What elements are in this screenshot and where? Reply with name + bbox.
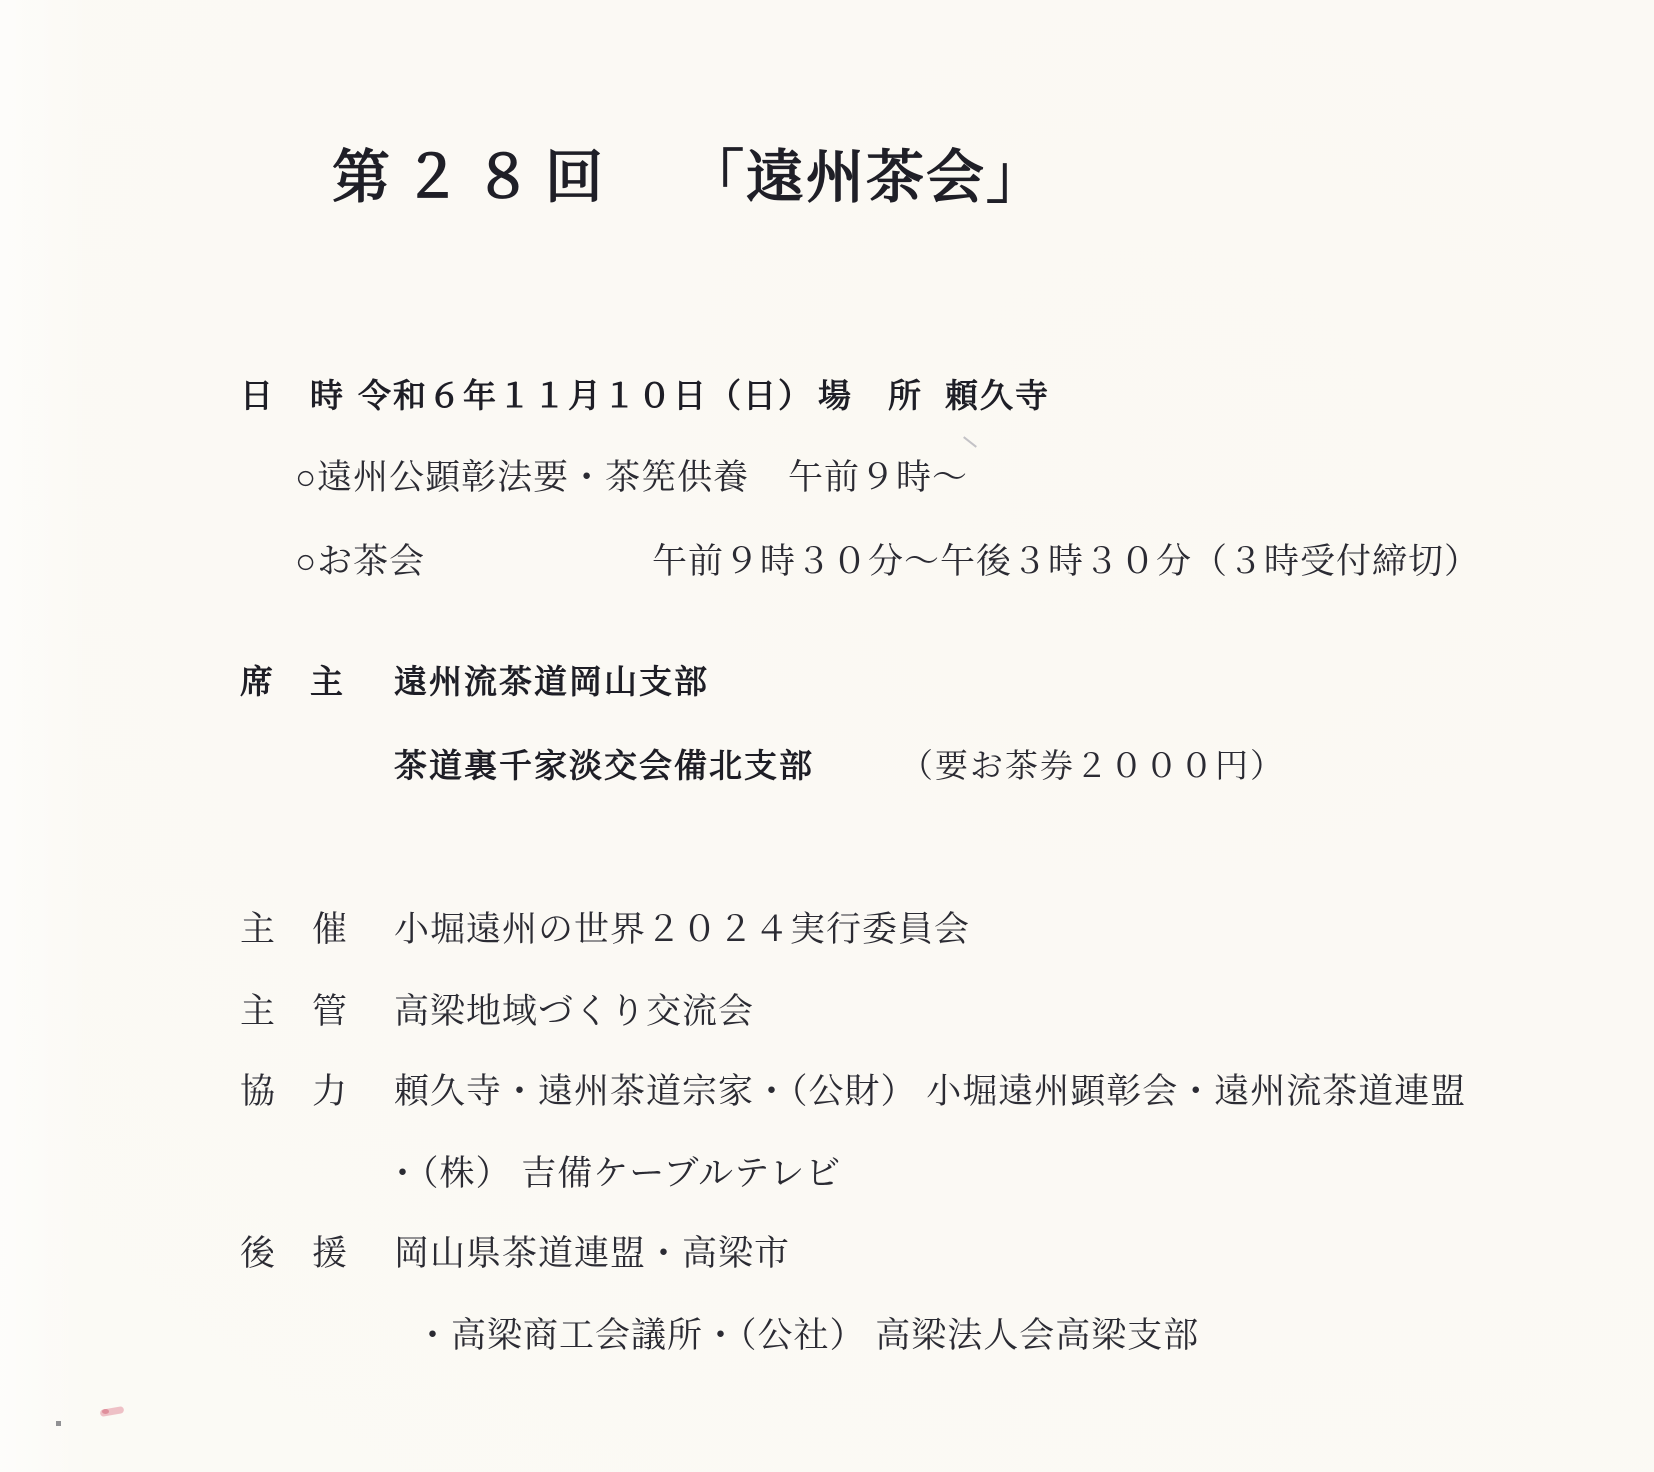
supervisor-value: 高梁地域づくり交流会 — [394, 984, 754, 1034]
title-event-name: 「遠州茶会」 — [686, 130, 1046, 214]
support-value-continued: ・高梁商工会議所・（公社） 高梁法人会高梁支部 — [415, 1308, 1199, 1358]
cooperation-value-continued: ・（株） 吉備ケーブルテレビ — [385, 1146, 841, 1196]
place-label: 場 所 — [818, 370, 923, 417]
page-title: 第２８回 「遠州茶会」 — [0, 130, 1654, 210]
organizer-value: 小堀遠州の世界２０２４実行委員会 — [394, 902, 970, 952]
scanned-flyer-page: 第２８回 「遠州茶会」 日 時 令和６年１１月１０日（日） 場 所 頼久寺 ○遠… — [0, 0, 1654, 1472]
host-name-2: 茶道裏千家淡交会備北支部 — [394, 740, 814, 787]
support-value: 岡山県茶道連盟・高梁市 — [394, 1226, 790, 1276]
scan-pink-dot — [102, 1409, 109, 1414]
supervisor-label: 主 管 — [240, 984, 348, 1034]
event-memorial-time: 午前９時～ — [788, 450, 968, 500]
scan-pink-smear — [100, 1406, 125, 1417]
support-label: 後 援 — [240, 1226, 348, 1276]
host-name-1: 遠州流茶道岡山支部 — [394, 656, 709, 703]
date-value: 令和６年１１月１０日（日） — [358, 370, 813, 417]
title-session-number: 第２８回 — [332, 130, 616, 214]
host-label: 席 主 — [240, 656, 345, 703]
event-teaparty-name: ○お茶会 — [295, 534, 425, 584]
cooperation-label: 協 力 — [240, 1064, 348, 1114]
event-teaparty-time: 午前９時３０分～午後３時３０分（３時受付締切） — [652, 534, 1480, 584]
date-label: 日 時 — [240, 370, 345, 417]
place-value: 頼久寺 — [945, 370, 1050, 417]
scan-artifact-mark — [963, 436, 977, 447]
scan-gray-speck — [56, 1421, 61, 1426]
cooperation-value: 頼久寺・遠州茶道宗家・（公財） 小堀遠州顕彰会・遠州流茶道連盟 — [394, 1064, 1466, 1114]
event-memorial-name: ○遠州公顕彰法要・茶筅供養 — [295, 450, 749, 500]
organizer-label: 主 催 — [240, 902, 348, 952]
ticket-note: （要お茶券２０００円） — [900, 740, 1285, 787]
